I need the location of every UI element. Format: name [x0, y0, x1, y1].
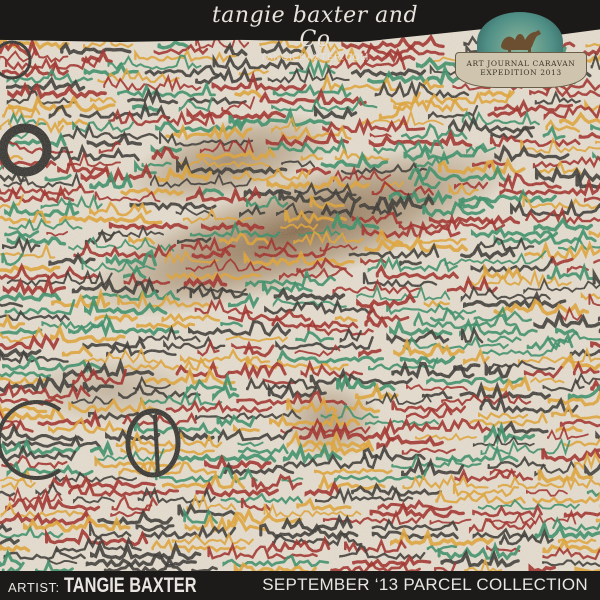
badge-ribbon: ART JOURNAL CARAVAN EXPEDITION 2013 — [455, 52, 587, 88]
script-paper-texture — [0, 0, 600, 600]
badge-title: ART JOURNAL CARAVAN — [456, 59, 586, 68]
artist-credit: ARTIST: TANGIE BAXTER — [8, 574, 234, 598]
product-preview: tangie baxter and Co TANGIEBAXTER.COM AR… — [0, 0, 600, 600]
brand-name: tangie baxter and Co — [200, 4, 430, 52]
brand-logo: tangie baxter and Co TANGIEBAXTER.COM — [200, 4, 430, 62]
artist-label: ARTIST: — [8, 580, 60, 595]
collection-title: SEPTEMBER ‘13 PARCEL COLLECTION — [262, 575, 588, 595]
badge-subtitle: EXPEDITION 2013 — [456, 68, 586, 77]
artist-name: TANGIE BAXTER — [64, 574, 197, 598]
expedition-badge: ART JOURNAL CARAVAN EXPEDITION 2013 — [455, 8, 585, 88]
brand-url: TANGIEBAXTER.COM — [200, 52, 430, 62]
